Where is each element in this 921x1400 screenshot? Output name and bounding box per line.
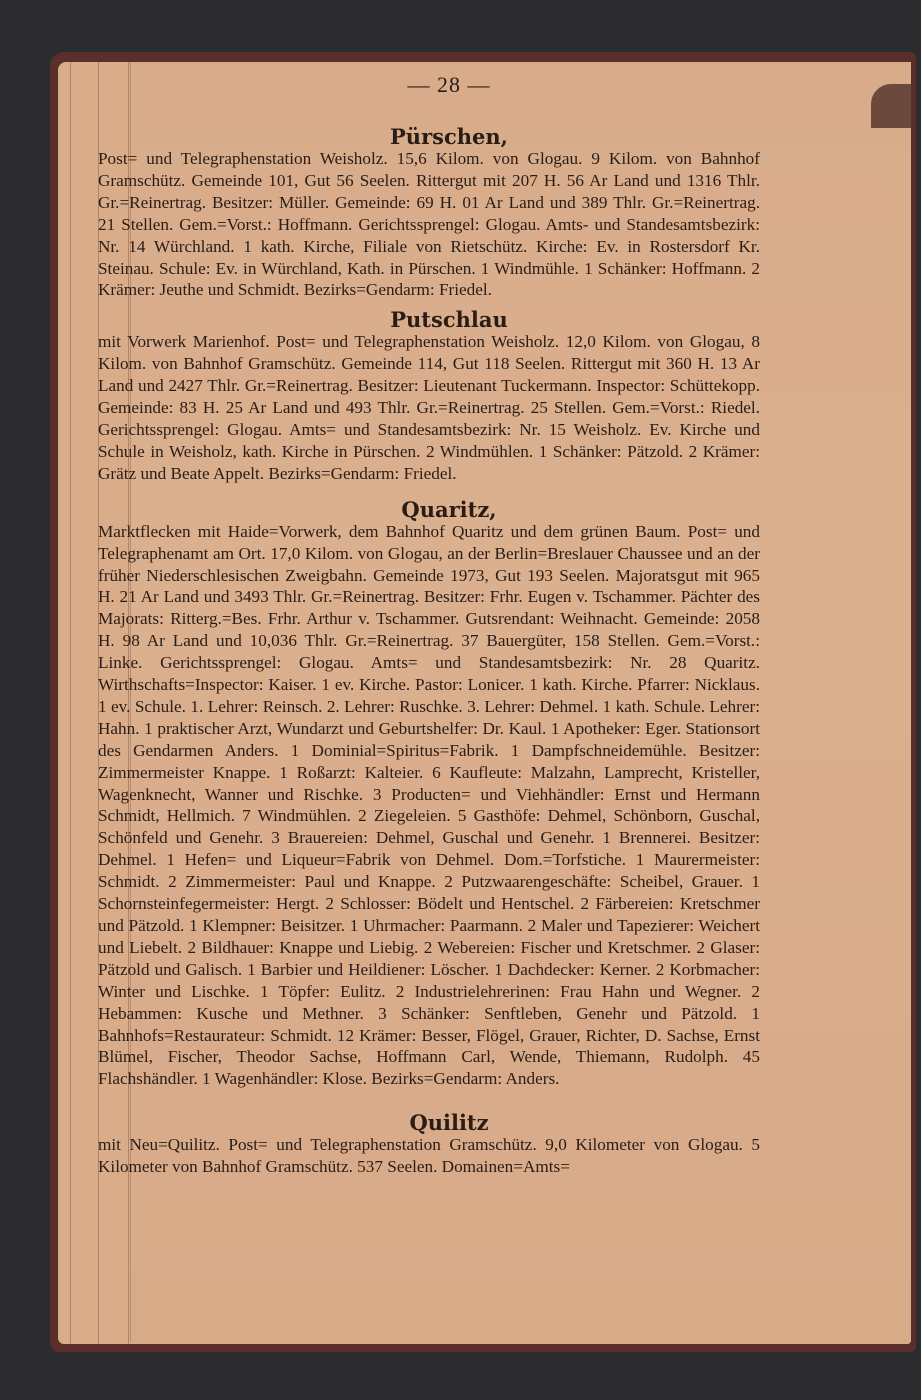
page-number: — 28 — [138,72,760,98]
entry-body: Post= und Telegraphenstation Weisholz. 1… [98,148,760,301]
entry-title: Quilitz [138,1112,760,1134]
entry-title: Quaritz, [138,499,760,521]
page-content: — 28 — Pürschen, Post= und Telegraphenst… [98,72,760,1178]
entry-body: Marktflecken mit Haide=Vorwerk, dem Bahn… [98,521,760,1091]
entry-title: Putschlau [138,309,760,331]
entry-title: Pürschen, [138,126,760,148]
entry-body: mit Vorwerk Marienhof. Post= und Telegra… [98,331,760,484]
entry-body: mit Neu=Quilitz. Post= und Telegraphenst… [98,1134,760,1178]
entry-putschlau: Putschlau mit Vorwerk Marienhof. Post= u… [98,309,760,484]
entry-quaritz: Quaritz, Marktflecken mit Haide=Vorwerk,… [98,499,760,1091]
entry-quilitz: Quilitz mit Neu=Quilitz. Post= und Teleg… [98,1112,760,1178]
page-edge-line [70,62,71,1344]
page-corner [871,84,911,128]
entry-puerschen: Pürschen, Post= und Telegraphenstation W… [98,126,760,301]
